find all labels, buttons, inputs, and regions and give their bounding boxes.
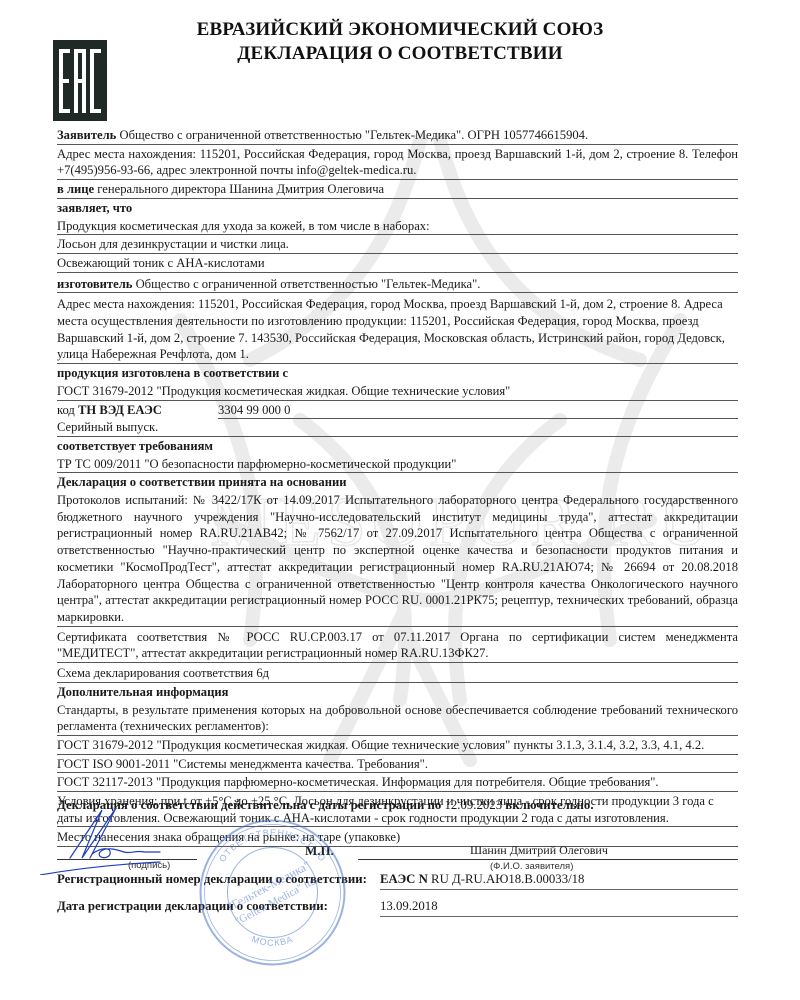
signature-caption: (подпись) [128,860,170,871]
applicant-label: Заявитель [57,128,116,142]
validity-statement: Декларация о соответствии действительна … [57,798,594,813]
union-title: ЕВРАЗИЙСКИЙ ЭКОНОМИЧЕСКИЙ СОЮЗ [120,19,680,41]
declaration-body: Заявитель Общество с ограниченной ответс… [57,127,738,848]
represented-row: в лице генерального директора Шанина Дми… [57,181,738,199]
manufacturer-row: изготовитель Общество с ограниченной отв… [57,276,738,294]
product-item: Лосьон для дезинкрустации и чистки лица. [57,236,738,254]
declares-label: заявляет, что [57,200,738,217]
tn-ved-label: код ТН ВЭД ЕАЭС [57,402,218,420]
seal-place-label: М.П. [305,843,334,859]
basis-protocols: Протоколов испытаний: № 3422/17К от 14.0… [57,492,738,627]
document-title: ДЕКЛАРАЦИЯ О СООТВЕТСТВИИ [120,43,680,65]
products-intro: Продукция косметическая для ухода за кож… [57,218,738,236]
release-type: Серийный выпуск. [57,419,738,437]
applicant-name: Общество с ограниченной ответственностью… [116,128,588,142]
tn-ved-row: код ТН ВЭД ЕАЭС 3304 99 000 0 [57,402,738,420]
manufactured-per-standard: ГОСТ 31679-2012 "Продукция косметическая… [57,383,738,401]
standard-item: ГОСТ ISO 9001-2011 "Системы менеджмента … [57,756,738,774]
eac-mark-icon [58,47,102,115]
requirements-label: соответствует требованиям [57,438,738,455]
registration-number-label: Регистрационный номер декларации о соотв… [57,872,367,887]
applicant-full-name: Шанин Дмитрий Олегович [470,843,608,858]
svg-text:МОСКВА: МОСКВА [250,934,294,948]
signature-line [57,859,197,860]
basis-label: Декларация о соответствии принята на осн… [57,474,738,491]
tn-ved-value: 3304 99 000 0 [218,402,738,420]
eac-logo [53,40,107,121]
name-caption: (Ф.И.О. заявителя) [490,861,573,872]
applicant-address: Адрес места нахождения: 115201, Российск… [57,146,738,180]
manufacturer-address: Адрес места нахождения: 115201, Российск… [57,296,738,364]
manufactured-per-label: продукция изготовлена в соответствии с [57,365,738,382]
product-item: Освежающий тоник с АНА-кислотами [57,255,738,273]
applicant-row: Заявитель Общество с ограниченной ответс… [57,127,738,145]
standard-item: ГОСТ 32117-2013 "Продукция парфюмерно-ко… [57,774,738,792]
name-line [358,859,738,860]
manufacturer-label: изготовитель [57,277,132,291]
validity-date: 12.09.2023 [445,798,503,812]
registration-date-label: Дата регистрации декларации о соответств… [57,899,328,914]
registration-date-line [380,916,738,917]
registration-number: ЕАЭС N RU Д-RU.АЮ18.В.00033/18 [380,872,584,887]
declaration-scheme: Схема декларирования соответствия 6д [57,665,738,683]
marking-place: Место нанесения знака обращения на рынке… [57,829,738,847]
standard-item: ГОСТ 31679-2012 "Продукция косметическая… [57,737,738,755]
manufacturer-name: Общество с ограниченной ответственностью… [132,277,480,291]
additional-info-label: Дополнительная информация [57,684,738,701]
represented-label: в лице [57,182,94,196]
standards-intro: Стандарты, в результате применения котор… [57,702,738,736]
represented-by: генерального директора Шанина Дмитрия Ол… [94,182,384,196]
registration-number-line [380,889,738,890]
registration-date: 13.09.2018 [380,899,438,914]
basis-certificate: Сертификата соответствия № РОСС RU.СР.00… [57,629,738,663]
requirements-value: ТР ТС 009/2011 "О безопасности парфюмерн… [57,456,738,474]
